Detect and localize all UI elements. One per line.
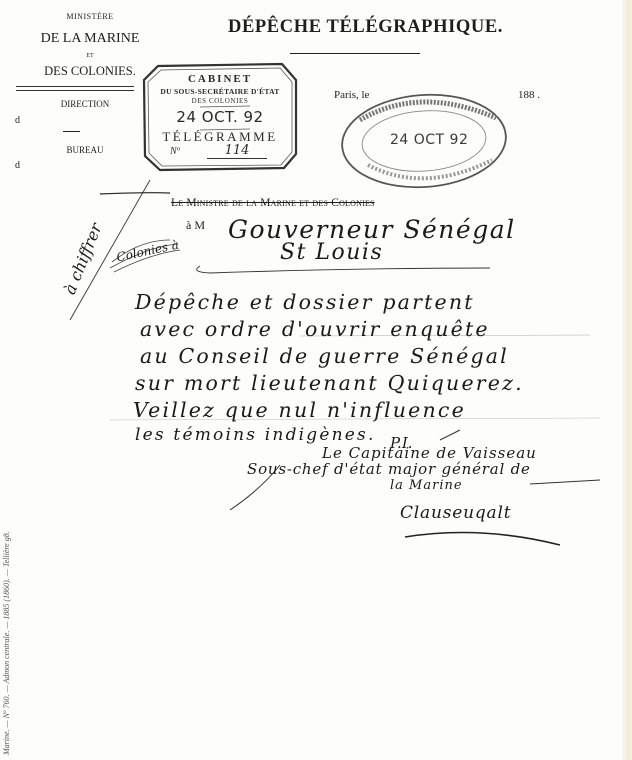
short-rule xyxy=(63,131,80,132)
ministry-et: ET xyxy=(60,53,120,59)
message-line: Dépêche et dossier partent xyxy=(135,290,475,314)
bureau-label: BUREAU xyxy=(40,145,130,155)
direction-label: DIRECTION xyxy=(40,99,130,109)
bureau-value: d xyxy=(15,160,20,171)
stamp-cabinet-title: CABINET xyxy=(145,73,295,85)
printed-sender-struck: Le Ministre de la Marine et des Colonies xyxy=(171,197,375,209)
message-line: sur mort lieutenant Quiquerez. xyxy=(135,371,524,395)
oval-stamp-date: 24 OCT 92 xyxy=(390,132,468,148)
message-line: les témoins indigènes. xyxy=(135,425,376,445)
signature-name: Clauseuqalt xyxy=(400,503,511,523)
cabinet-stamp: CABINET DU SOUS-SECRÉTAIRE D'ÉTAT DES CO… xyxy=(145,64,295,170)
stamp-cabinet-date: 24 OCT. 92 xyxy=(145,108,295,126)
signature-title-cont: la Marine xyxy=(390,478,463,493)
recipient-line-2: St Louis xyxy=(280,240,383,265)
message-line: Veillez que nul n'influence xyxy=(133,398,466,422)
message-line: avec ordre d'ouvrir enquête xyxy=(140,317,490,341)
telegram-document: MINISTÈRE DE LA MARINE ET DES COLONIES. … xyxy=(0,0,632,760)
stamp-number-value: 114 xyxy=(207,143,267,159)
double-rule xyxy=(16,86,134,91)
printer-imprint: Marine. — Nº 760. — Admon centrale. — 18… xyxy=(2,531,11,755)
ministry-small-label: MINISTÈRE xyxy=(40,12,140,21)
title-rule xyxy=(290,53,420,54)
ministere-oval-stamp: 24 OCT 92 xyxy=(340,94,508,186)
ministry-line-1: DE LA MARINE xyxy=(14,31,166,47)
ministry-line-2: DES COLONIES. xyxy=(20,64,160,79)
message-line: au Conseil de guerre Sénégal xyxy=(140,344,509,368)
stamp-cabinet-subtitle: DU SOUS-SECRÉTAIRE D'ÉTAT xyxy=(145,87,295,96)
stamp-cabinet-colonies: DES COLONIES xyxy=(145,97,295,105)
page-title: DÉPÊCHE TÉLÉGRAPHIQUE. xyxy=(228,17,503,38)
signature-title: Sous-chef d'état major général de xyxy=(247,460,531,478)
stamp-number-label: Nº xyxy=(170,146,180,157)
direction-value: d xyxy=(15,115,20,126)
printed-to: à M xyxy=(186,218,205,233)
year-suffix: 188 . xyxy=(518,89,540,101)
